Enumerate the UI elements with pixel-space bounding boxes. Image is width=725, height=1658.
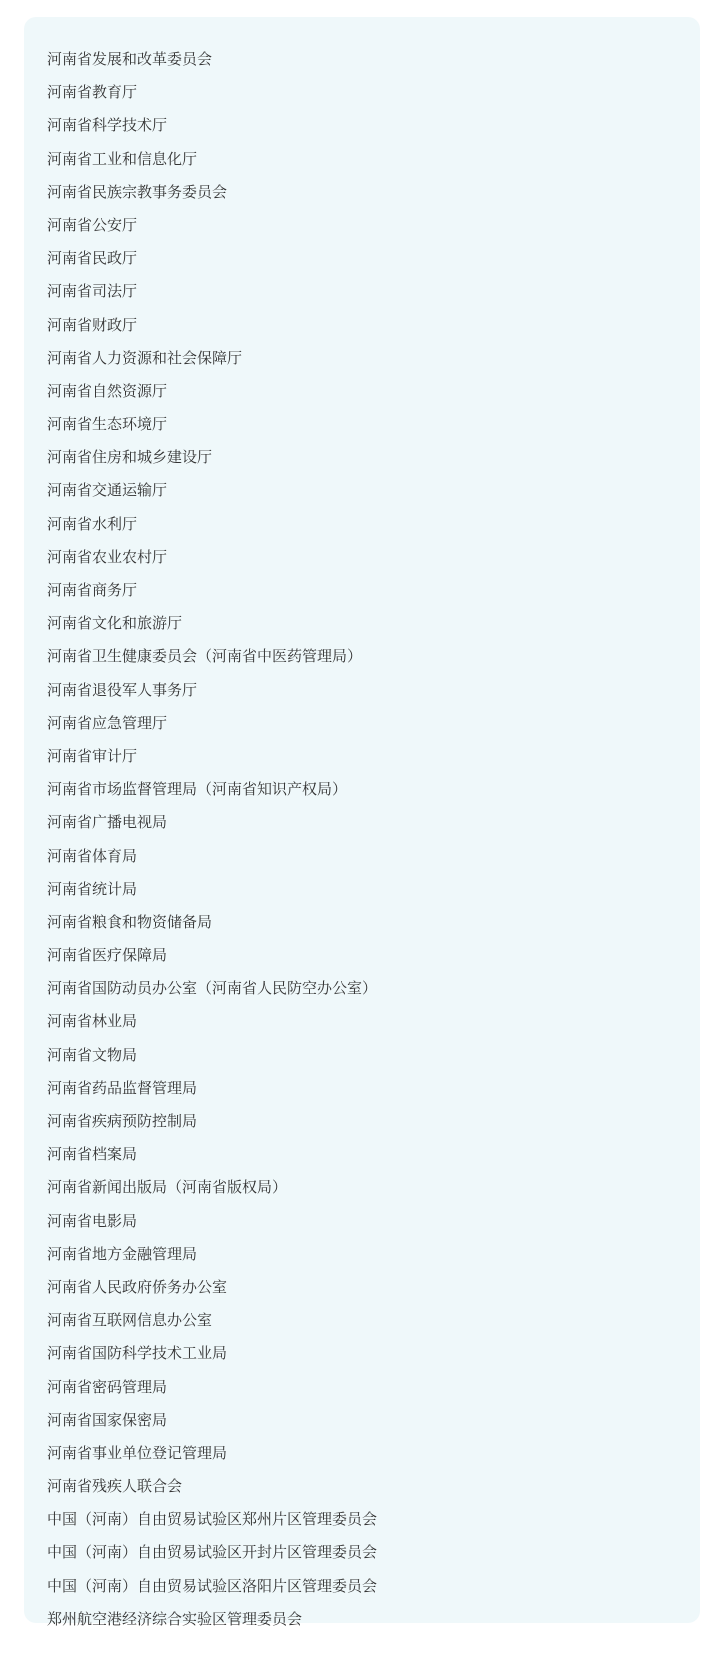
list-item[interactable]: 河南省公安厅: [47, 209, 680, 242]
list-item[interactable]: 中国（河南）自由贸易试验区郑州片区管理委员会: [47, 1503, 680, 1536]
list-item[interactable]: 河南省民族宗教事务委员会: [47, 176, 680, 209]
list-item[interactable]: 河南省药品监督管理局: [47, 1072, 680, 1105]
list-item[interactable]: 河南省体育局: [47, 840, 680, 873]
list-item[interactable]: 河南省林业局: [47, 1005, 680, 1038]
list-item[interactable]: 河南省电影局: [47, 1205, 680, 1238]
list-item[interactable]: 河南省国防动员办公室（河南省人民防空办公室）: [47, 972, 680, 1005]
list-item[interactable]: 河南省地方金融管理局: [47, 1238, 680, 1271]
list-item[interactable]: 河南省国防科学技术工业局: [47, 1337, 680, 1370]
list-item[interactable]: 河南省档案局: [47, 1138, 680, 1171]
list-item[interactable]: 河南省密码管理局: [47, 1371, 680, 1404]
list-item[interactable]: 河南省互联网信息办公室: [47, 1304, 680, 1337]
list-item[interactable]: 河南省生态环境厅: [47, 408, 680, 441]
list-item[interactable]: 河南省民政厅: [47, 242, 680, 275]
list-item[interactable]: 河南省医疗保障局: [47, 939, 680, 972]
list-item[interactable]: 河南省商务厅: [47, 574, 680, 607]
list-item[interactable]: 河南省残疾人联合会: [47, 1470, 680, 1503]
list-item[interactable]: 河南省财政厅: [47, 309, 680, 342]
list-item[interactable]: 河南省工业和信息化厅: [47, 143, 680, 176]
list-item[interactable]: 河南省司法厅: [47, 275, 680, 308]
list-item[interactable]: 河南省农业农村厅: [47, 541, 680, 574]
list-item[interactable]: 郑州航空港经济综合实验区管理委员会: [47, 1603, 680, 1636]
list-item[interactable]: 河南省粮食和物资储备局: [47, 906, 680, 939]
list-item[interactable]: 河南省市场监督管理局（河南省知识产权局）: [47, 773, 680, 806]
list-item[interactable]: 河南省人民政府侨务办公室: [47, 1271, 680, 1304]
list-item[interactable]: 河南省新闻出版局（河南省版权局）: [47, 1171, 680, 1204]
organization-list: 河南省发展和改革委员会 河南省教育厅 河南省科学技术厅 河南省工业和信息化厅 河…: [47, 43, 680, 1636]
list-item[interactable]: 中国（河南）自由贸易试验区开封片区管理委员会: [47, 1536, 680, 1569]
list-item[interactable]: 中国（河南）自由贸易试验区洛阳片区管理委员会: [47, 1570, 680, 1603]
list-item[interactable]: 河南省科学技术厅: [47, 109, 680, 142]
list-item[interactable]: 河南省文物局: [47, 1039, 680, 1072]
list-item[interactable]: 河南省教育厅: [47, 76, 680, 109]
list-item[interactable]: 河南省退役军人事务厅: [47, 674, 680, 707]
list-item[interactable]: 河南省统计局: [47, 873, 680, 906]
list-item[interactable]: 河南省卫生健康委员会（河南省中医药管理局）: [47, 640, 680, 673]
list-item[interactable]: 河南省住房和城乡建设厅: [47, 441, 680, 474]
list-item[interactable]: 河南省自然资源厅: [47, 375, 680, 408]
list-item[interactable]: 河南省交通运输厅: [47, 474, 680, 507]
list-item[interactable]: 河南省人力资源和社会保障厅: [47, 342, 680, 375]
list-item[interactable]: 河南省审计厅: [47, 740, 680, 773]
list-item[interactable]: 河南省事业单位登记管理局: [47, 1437, 680, 1470]
list-item[interactable]: 河南省水利厅: [47, 508, 680, 541]
list-item[interactable]: 河南省广播电视局: [47, 806, 680, 839]
organization-list-panel: 河南省发展和改革委员会 河南省教育厅 河南省科学技术厅 河南省工业和信息化厅 河…: [24, 17, 700, 1623]
list-item[interactable]: 河南省文化和旅游厅: [47, 607, 680, 640]
list-item[interactable]: 河南省发展和改革委员会: [47, 43, 680, 76]
list-item[interactable]: 河南省疾病预防控制局: [47, 1105, 680, 1138]
list-item[interactable]: 河南省应急管理厅: [47, 707, 680, 740]
list-item[interactable]: 河南省国家保密局: [47, 1404, 680, 1437]
